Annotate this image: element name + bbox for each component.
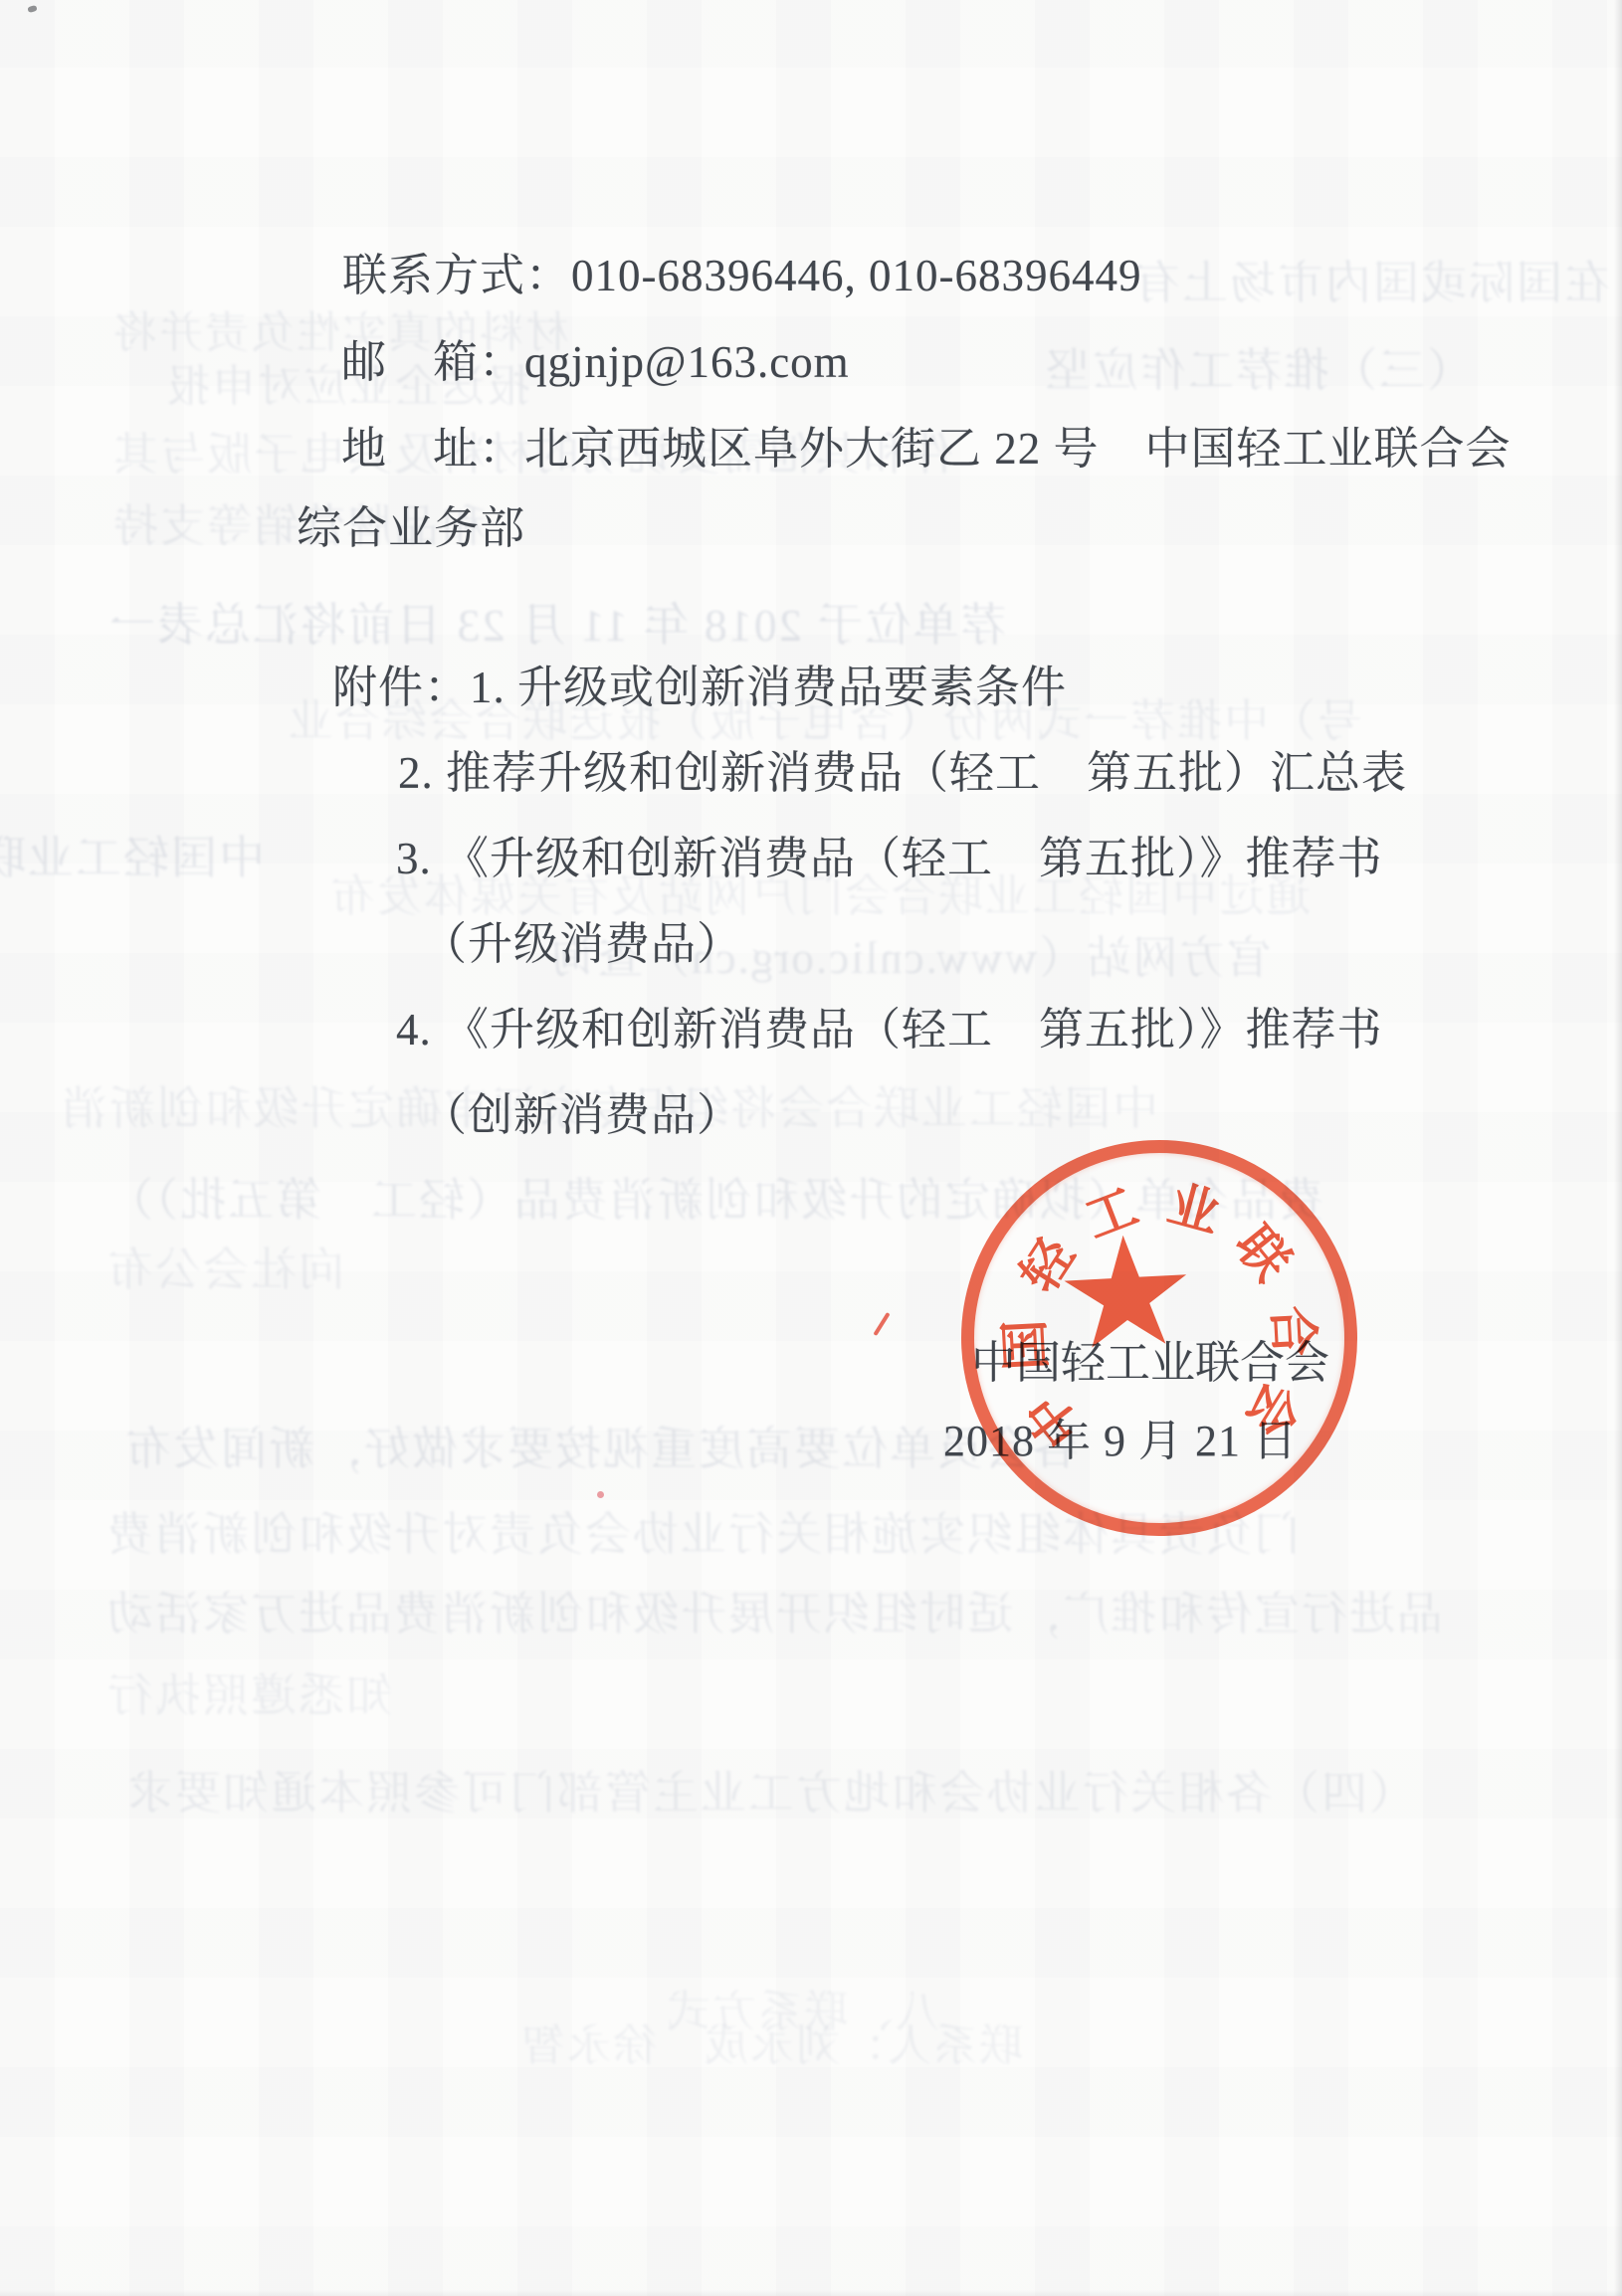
attachment-item-4: 4. 《升级和创新消费品（轻工 第五批）》推荐书: [396, 993, 1383, 1057]
attachment-item-3-subline: （升级消费品）: [422, 907, 742, 972]
red-ink-speck: [597, 1491, 604, 1498]
contact-line-address: 地 址：北京西城区阜外大街乙 22 号 中国轻工业联合会: [341, 412, 1512, 477]
bleedthrough-line: 联系人：刘永成 徐永智: [519, 2009, 1023, 2073]
seal-ring-char: 合: [1260, 1303, 1336, 1358]
bleedthrough-line: 八、联系方式: [665, 1976, 939, 2039]
seal-ring-char: 业: [1161, 1162, 1229, 1246]
bleedthrough-line: （四）各相关行业协会和地方工业主管部门可参照本通知要求: [125, 1757, 1415, 1822]
bleedthrough-line: 向社会公布: [105, 1234, 344, 1299]
bleedthrough-line: 荐单位于 2018 年 11 月 23 日前将汇总表一: [107, 589, 1006, 655]
attachment-item-4-subline: （创新消费品）: [422, 1078, 742, 1143]
contact-line-address-cont: 综合业务部: [297, 491, 525, 556]
seal-ring-char: 轻: [998, 1222, 1088, 1304]
seal-ring-char: 联: [1222, 1208, 1312, 1293]
bleedthrough-line: 品进行宣传和推广，适时组织开展升级和创新消费品进万家活动: [105, 1578, 1443, 1643]
bleedthrough-line: （三）推荐工作应坚: [1043, 334, 1473, 400]
bleedthrough-line: 中国轻工业联合: [0, 822, 265, 887]
attachment-item-2: 2. 推荐升级和创新消费品（轻工 第五批）汇总表: [398, 736, 1407, 801]
seal-ring-char: 会: [1232, 1370, 1321, 1451]
seal-ring-char: 中: [1006, 1381, 1096, 1466]
bleedthrough-line: 知悉遵照执行: [105, 1659, 392, 1725]
attachment-item-3: 3. 《升级和创新消费品（轻工 第五批）》推荐书: [396, 822, 1383, 886]
official-seal: 中国轻工业联合会: [951, 1130, 1367, 1546]
attachment-lead-item-1: 附件：1. 升级或创新消费品要素条件: [332, 651, 1067, 715]
scanned-document-page: 在国际或国内市场上有材料的真实性负责并将（三）推荐工作应坚报送企业应对申报件和其…: [0, 0, 1622, 2296]
scan-edge-shadow-right: [1614, 0, 1622, 2296]
bleedthrough-line: 各会员单位要高度重视按要求做好，新闻发布: [123, 1413, 1079, 1478]
scan-edge-shadow-bottom: [0, 2290, 1622, 2296]
seal-ring-char: 国: [983, 1318, 1060, 1373]
seal-ring-char: 工: [1073, 1166, 1146, 1252]
contact-line-phone: 联系方式：010-68396446, 010-68396449: [342, 239, 1141, 303]
bleedthrough-line: 在国际或国内市场上有: [1132, 247, 1610, 312]
contact-line-email: 邮 箱：qgjnjp@163.com: [341, 325, 850, 390]
